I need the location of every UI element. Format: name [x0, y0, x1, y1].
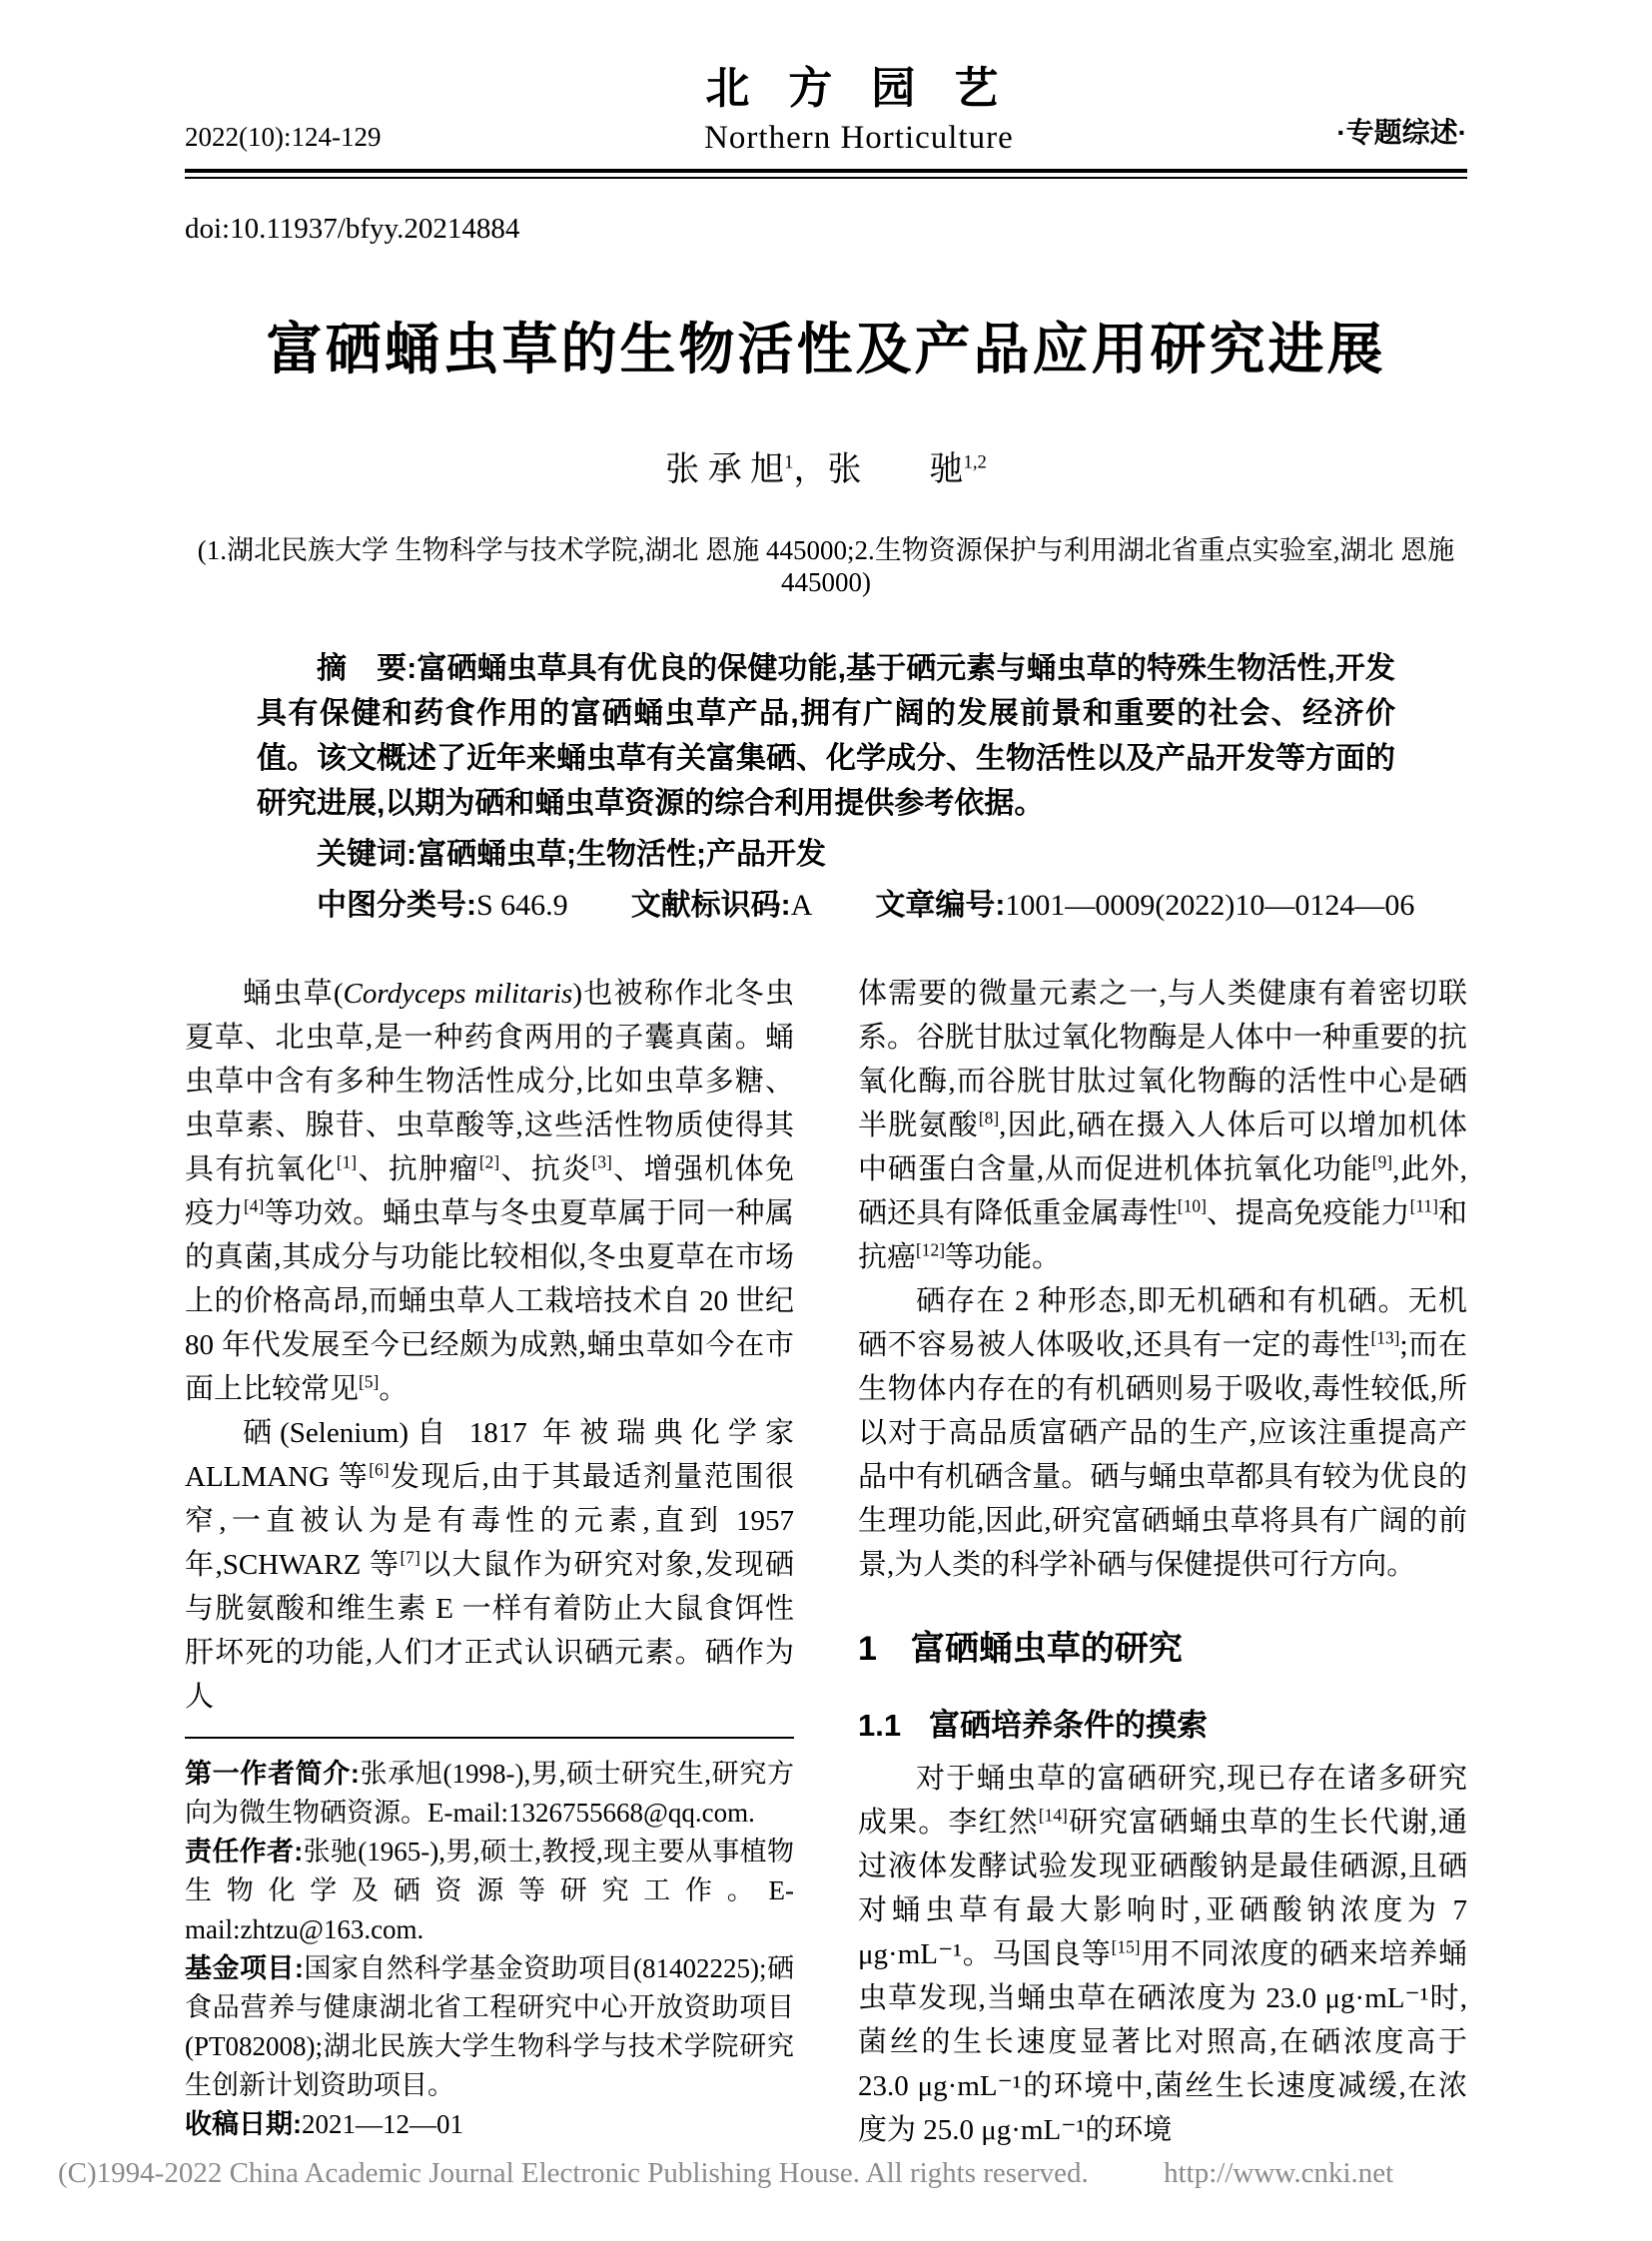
- cnki-url: http://www.cnki.net: [1164, 2157, 1393, 2189]
- subsection-title: 富硒培养条件的摸索: [929, 1708, 1208, 1743]
- doc-code: A: [791, 889, 813, 922]
- footnote-item: 第一作者简介:张承旭(1998-),男,硕士研究生,研究方向为微生物硒资源。E-…: [185, 1755, 794, 1833]
- journal-page: 2022(10):124-129 北 方 园 艺 Northern Hortic…: [0, 0, 1652, 2241]
- author-2: 张 驰1,2: [827, 451, 986, 488]
- copyright-footer: (C)1994-2022 China Academic Journal Elec…: [58, 2157, 1393, 2190]
- right-column-paragraphs-bottom: 对于蛹虫草的富硒研究,现已存在诸多研究成果。李红然[14]研究富硒蛹虫草的生长代…: [858, 1757, 1467, 2152]
- doi: doi:10.11937/bfyy.20214884: [185, 213, 1467, 246]
- right-column-paragraphs-top: 体需要的微量元素之一,与人类健康有着密切联系。谷胱甘肽过氧化物酶是人体中一种重要…: [858, 972, 1467, 1587]
- keywords-text: 富硒蛹虫草;生物活性;产品开发: [416, 838, 826, 871]
- paragraph: 体需要的微量元素之一,与人类健康有着密切联系。谷胱甘肽过氧化物酶是人体中一种重要…: [858, 972, 1467, 1279]
- page-content: 2022(10):124-129 北 方 园 艺 Northern Hortic…: [185, 0, 1467, 2152]
- author-2-affil-sup: 1,2: [963, 452, 986, 473]
- keywords: 关键词:富硒蛹虫草;生物活性;产品开发: [257, 832, 1395, 877]
- section-number: 1: [858, 1630, 877, 1668]
- article-id-label: 文章编号:: [875, 889, 1005, 922]
- clc-label: 中图分类号:: [317, 889, 476, 922]
- footnote-divider: [185, 1737, 794, 1739]
- affiliation: (1.湖北民族大学 生物科学与技术学院,湖北 恩施 445000;2.生物资源保…: [185, 528, 1467, 598]
- article-id: 1001—0009(2022)10—0124—06: [1005, 889, 1414, 922]
- abstract-block: 摘 要:富硒蛹虫草具有优良的保健功能,基于硒元素与蛹虫草的特殊生物活性,开发具有…: [257, 646, 1395, 928]
- section-heading-1: 1富硒蛹虫草的研究: [858, 1621, 1467, 1670]
- doc-code-label: 文献标识码:: [631, 889, 791, 922]
- footnote-item: 责任作者:张驰(1965-),男,硕士,教授,现主要从事植物生物化学及硒资源等研…: [185, 1833, 794, 1949]
- abstract: 摘 要:富硒蛹虫草具有优良的保健功能,基于硒元素与蛹虫草的特殊生物活性,开发具有…: [257, 646, 1395, 826]
- paragraph: 硒(Selenium)自 1817 年被瑞典化学家 ALLMANG 等[6]发现…: [185, 1411, 794, 1719]
- article-title: 富硒蛹虫草的生物活性及产品应用研究进展: [185, 306, 1467, 385]
- footnote-item: 基金项目:国家自然科学基金资助项目(81402225);硒食品营养与健康湖北省工…: [185, 1949, 794, 2105]
- journal-title-en: Northern Horticulture: [704, 120, 1014, 157]
- author-1: 张 承 旭1: [665, 451, 793, 488]
- authors: 张 承 旭1，张 驰1,2: [185, 441, 1467, 490]
- section-title: 富硒蛹虫草的研究: [911, 1630, 1183, 1668]
- journal-header: 2022(10):124-129 北 方 园 艺 Northern Hortic…: [185, 52, 1467, 157]
- header-double-rule: [185, 169, 1467, 179]
- right-column: 体需要的微量元素之一,与人类健康有着密切联系。谷胱甘肽过氧化物酶是人体中一种重要…: [858, 972, 1467, 2152]
- paragraph: 硒存在 2 种形态,即无机硒和有机硒。无机硒不容易被人体吸收,还具有一定的毒性[…: [858, 1279, 1467, 1587]
- clc-number: S 646.9: [476, 889, 568, 922]
- paragraph: 蛹虫草(Cordyceps militaris)也被称作北冬虫夏草、北虫草,是一…: [185, 972, 794, 1411]
- left-column-paragraphs: 蛹虫草(Cordyceps militaris)也被称作北冬虫夏草、北虫草,是一…: [185, 972, 794, 1719]
- subsection-number: 1.1: [858, 1708, 901, 1743]
- column-tag: ·专题综述·: [1336, 111, 1467, 157]
- author-separator: ，: [793, 451, 827, 488]
- section-heading-1-1: 1.1富硒培养条件的摸索: [858, 1700, 1467, 1745]
- keywords-label: 关键词:: [317, 838, 416, 871]
- abstract-text: 富硒蛹虫草具有优良的保健功能,基于硒元素与蛹虫草的特殊生物活性,开发具有保健和药…: [257, 652, 1395, 820]
- journal-title-cn: 北 方 园 艺: [705, 52, 1012, 116]
- copyright-text: (C)1994-2022 China Academic Journal Elec…: [58, 2157, 1089, 2189]
- issue-pages: 2022(10):124-129: [185, 122, 381, 157]
- journal-name-block: 北 方 园 艺 Northern Horticulture: [704, 52, 1014, 157]
- footnote-item: 收稿日期:2021—12—01: [185, 2105, 794, 2144]
- left-column: 蛹虫草(Cordyceps militaris)也被称作北冬虫夏草、北虫草,是一…: [185, 972, 794, 2152]
- body-columns: 蛹虫草(Cordyceps militaris)也被称作北冬虫夏草、北虫草,是一…: [185, 972, 1467, 2152]
- abstract-label: 摘 要:: [317, 652, 416, 685]
- footnotes: 第一作者简介:张承旭(1998-),男,硕士研究生,研究方向为微生物硒资源。E-…: [185, 1755, 794, 2144]
- meta-line: 中图分类号:S 646.9文献标识码:A文章编号:1001—0009(2022)…: [257, 883, 1395, 928]
- paragraph: 对于蛹虫草的富硒研究,现已存在诸多研究成果。李红然[14]研究富硒蛹虫草的生长代…: [858, 1757, 1467, 2152]
